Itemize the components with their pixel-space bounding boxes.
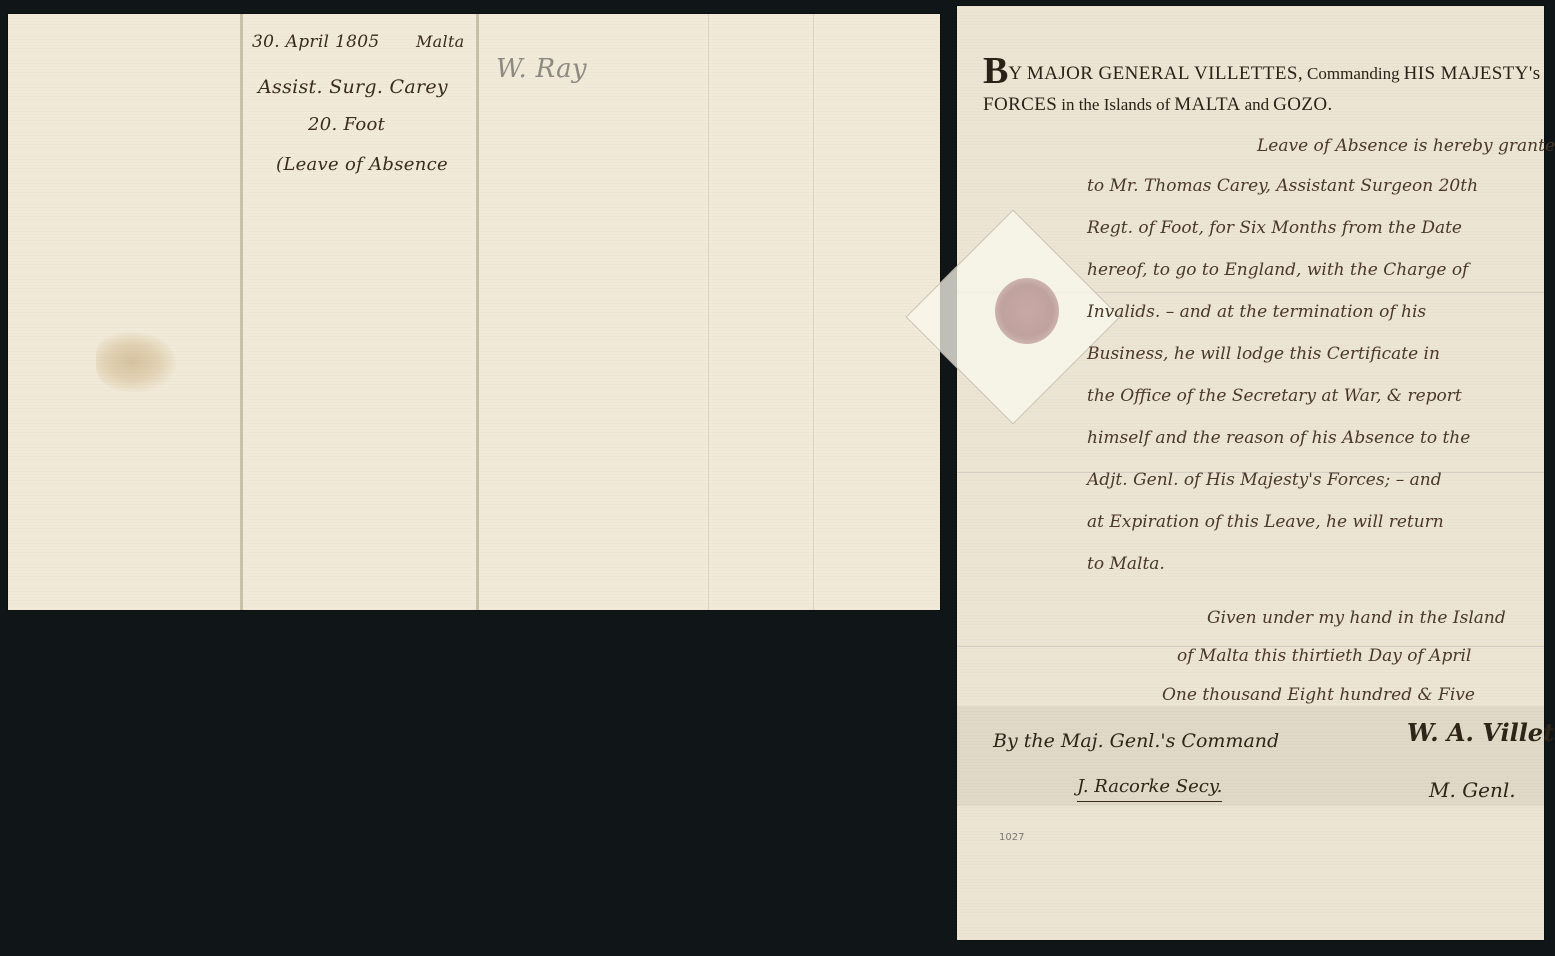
given-line: of Malta this thirtieth Day of April: [1177, 646, 1471, 666]
docket-subject: (Leave of Absence: [276, 154, 448, 175]
body-line: Invalids. – and at the termination of hi…: [1087, 302, 1426, 322]
body-line: himself and the reason of his Absence to…: [1087, 428, 1470, 448]
printed-header: BY MAJOR GENERAL VILLETTES, Commanding H…: [983, 56, 1543, 121]
body-line: Business, he will lodge this Certificate…: [1087, 344, 1440, 364]
letter-back-side: 30. April 1805 Malta Assist. Surg. Carey…: [8, 14, 940, 610]
given-line: One thousand Eight hundred & Five: [1162, 685, 1475, 705]
body-line: Leave of Absence is hereby granted: [1257, 136, 1555, 156]
fold-crease: [813, 14, 815, 610]
wax-seal: [995, 278, 1059, 344]
header-initial: B: [983, 50, 1008, 92]
general-title: M. Genl.: [1429, 778, 1516, 802]
archive-number: 1027: [999, 832, 1024, 843]
body-line: Regt. of Foot, for Six Months from the D…: [1087, 218, 1462, 238]
general-signature: W. A. Villettes: [1407, 718, 1555, 747]
docket-regiment: 20. Foot: [308, 114, 385, 135]
given-line: Given under my hand in the Island: [1207, 608, 1506, 628]
pencil-note: W. Ray: [496, 54, 587, 84]
docket-place: Malta: [416, 32, 465, 51]
docket-date: 30. April 1805: [252, 32, 379, 52]
secretary-signature: J. Racorke Secy.: [1077, 776, 1222, 802]
body-line: the Office of the Secretary at War, & re…: [1087, 386, 1462, 406]
body-line: to Malta.: [1087, 554, 1165, 574]
fold-crease: [240, 14, 243, 610]
water-stain: [96, 332, 176, 392]
body-line: at Expiration of this Leave, he will ret…: [1087, 512, 1444, 532]
panel-edge: [476, 14, 479, 610]
docket-name: Assist. Surg. Carey: [258, 76, 448, 98]
body-line: hereof, to go to England, with the Charg…: [1087, 260, 1468, 280]
body-line: to Mr. Thomas Carey, Assistant Surgeon 2…: [1087, 176, 1478, 196]
body-line: Adjt. Genl. of His Majesty's Forces; – a…: [1087, 470, 1442, 490]
fold-crease: [708, 14, 710, 610]
letter-front-side: BY MAJOR GENERAL VILLETTES, Commanding H…: [957, 6, 1544, 940]
countersign-line: By the Maj. Genl.'s Command: [993, 730, 1279, 752]
